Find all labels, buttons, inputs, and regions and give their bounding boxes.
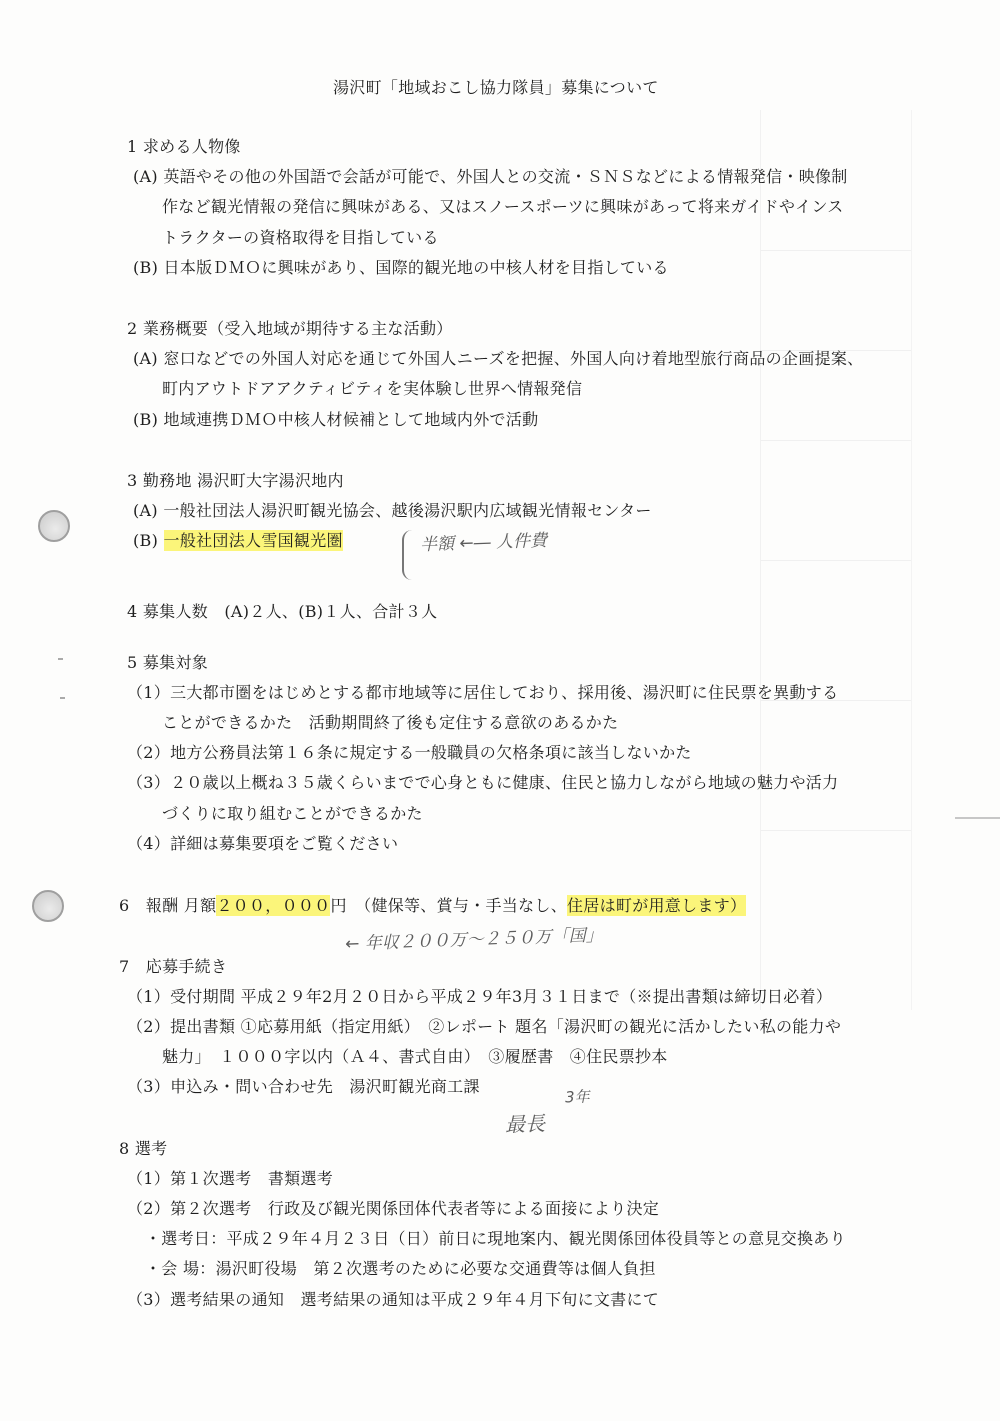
section-8-bullet-venue: ・会 場：湯沢町役場 第２次選考のために必要な交通費等は個人負担 [145, 1259, 656, 1279]
reverse-side-bleed-through [760, 110, 912, 1010]
pencil-brace-mark [402, 530, 414, 580]
scanned-document-page: 湯沢町「地域おこし協力隊員」募集について 1 求める人物像 (A) 英語やその他… [0, 0, 1000, 1421]
currency-unit: 円 [330, 896, 346, 915]
section-8-item-2: （2）第２次選考 行政及び観光関係団体代表者等による面接により決定 [127, 1199, 659, 1219]
section-5-item-4: （4）詳細は募集要項をご覧ください [127, 834, 398, 854]
section-1-item-a-cont2: トラクターの資格取得を目指している [162, 228, 439, 248]
pencil-note-years: 3年 [565, 1086, 590, 1108]
section-3-item-b: (B) 一般社団法人雪国観光圏 [133, 531, 343, 551]
pencil-note-section-6: ← 年収２００万〜２５０万「国」 [345, 921, 603, 955]
scan-speck [58, 658, 63, 660]
section-5-item-3: （3）２０歳以上概ね３５歳くらいまでで心身ともに健康、住民と協力しながら地域の魅… [127, 773, 838, 793]
section-1-item-b: (B) 日本版ＤＭＯに興味があり、国際的観光地の中核人材を目指している [133, 258, 669, 278]
section-3-item-b-label: (B) [133, 531, 164, 550]
document-title: 湯沢町「地域おこし協力隊員」募集について [333, 78, 659, 98]
section-1-item-a-cont: 作など観光情報の発信に興味がある、又はスノースポーツに興味があって将来ガイドやイ… [162, 197, 844, 217]
pencil-note-maximum: 最長 [505, 1107, 546, 1137]
section-7-heading: 7 応募手続き [119, 957, 227, 977]
housing-provided-note: 住居は町が用意します） [567, 895, 746, 916]
pencil-note-section-3: 半額 ←― 人件費 [420, 526, 548, 555]
highlighted-text: 一般社団法人雪国観光圏 [164, 530, 343, 551]
monthly-amount: ２００，０００ [216, 895, 330, 916]
section-3-item-a: (A) 一般社団法人湯沢町観光協会、越後湯沢駅内広域観光情報センター [133, 501, 652, 521]
section-3-heading: 3 勤務地 湯沢町大字湯沢地内 [127, 471, 344, 491]
section-2-item-b: (B) 地域連携ＤＭＯ中核人材候補として地域内外で活動 [133, 410, 538, 430]
section-4-recruit-count: 4 募集人数 (A)２人、(B)１人、合計３人 [127, 602, 437, 622]
section-2-item-a: (A) 窓口などでの外国人対応を通じて外国人ニーズを把握、外国人向け着地型旅行商… [133, 349, 863, 369]
compensation-note: （健保等、賞与・手当なし、 [347, 896, 567, 915]
section-7-item-2-cont: 魅力」 １０００字以内（Ａ４、書式自由） ③履歴書 ④住民票抄本 [162, 1047, 668, 1067]
hole-punch-mark [32, 890, 64, 922]
section-2-heading: 2 業務概要（受入地域が期待する主な活動） [127, 319, 453, 339]
section-6-compensation: 6 報酬 月額２００，０００円 （健保等、賞与・手当なし、住居は町が用意します） [119, 896, 746, 916]
scan-speck [60, 697, 65, 699]
section-5-item-1-cont: ことができるかた 活動期間終了後も定住する意欲のあるかた [162, 713, 618, 733]
section-7-item-1: （1）受付期間 平成２９年2月２０日から平成２９年3月３１日まで（※提出書類は締… [127, 987, 832, 1007]
section-2-item-a-cont: 町内アウトドアアクティビティを実体験し世界へ情報発信 [162, 379, 582, 399]
section-7-item-2: （2）提出書類 ①応募用紙（指定用紙） ②レポート 題名「湯沢町の観光に活かした… [127, 1017, 841, 1037]
section-1-item-a: (A) 英語やその他の外国語で会話が可能で、外国人との交流・ＳＮＳなどによる情報… [133, 167, 848, 187]
section-8-item-3: （3）選考結果の通知 選考結果の通知は平成２９年４月下旬に文書にて [127, 1290, 659, 1310]
section-8-bullet-date: ・選考日：平成２９年４月２３日（日）前日に現地案内、観光関係団体役員等との意見交… [145, 1229, 846, 1249]
section-5-item-1: （1）三大都市圏をはじめとする都市地域等に居住しており、採用後、湯沢町に住民票を… [127, 683, 838, 703]
section-5-item-2: （2）地方公務員法第１６条に規定する一般職員の欠格条項に該当しないかた [127, 743, 692, 763]
section-5-heading: 5 募集対象 [127, 653, 208, 673]
section-5-item-3-cont: づくりに取り組むことができるかた [162, 804, 423, 824]
scan-line-artifact [955, 817, 1000, 819]
section-7-item-3: （3）申込み・問い合わせ先 湯沢町観光商工課 [127, 1077, 480, 1097]
hole-punch-mark [38, 510, 70, 542]
section-8-item-1: （1）第１次選考 書類選考 [127, 1169, 333, 1189]
section-1-heading: 1 求める人物像 [127, 137, 241, 157]
section-8-heading: 8 選考 [119, 1139, 167, 1159]
compensation-label: 6 報酬 月額 [119, 896, 216, 915]
